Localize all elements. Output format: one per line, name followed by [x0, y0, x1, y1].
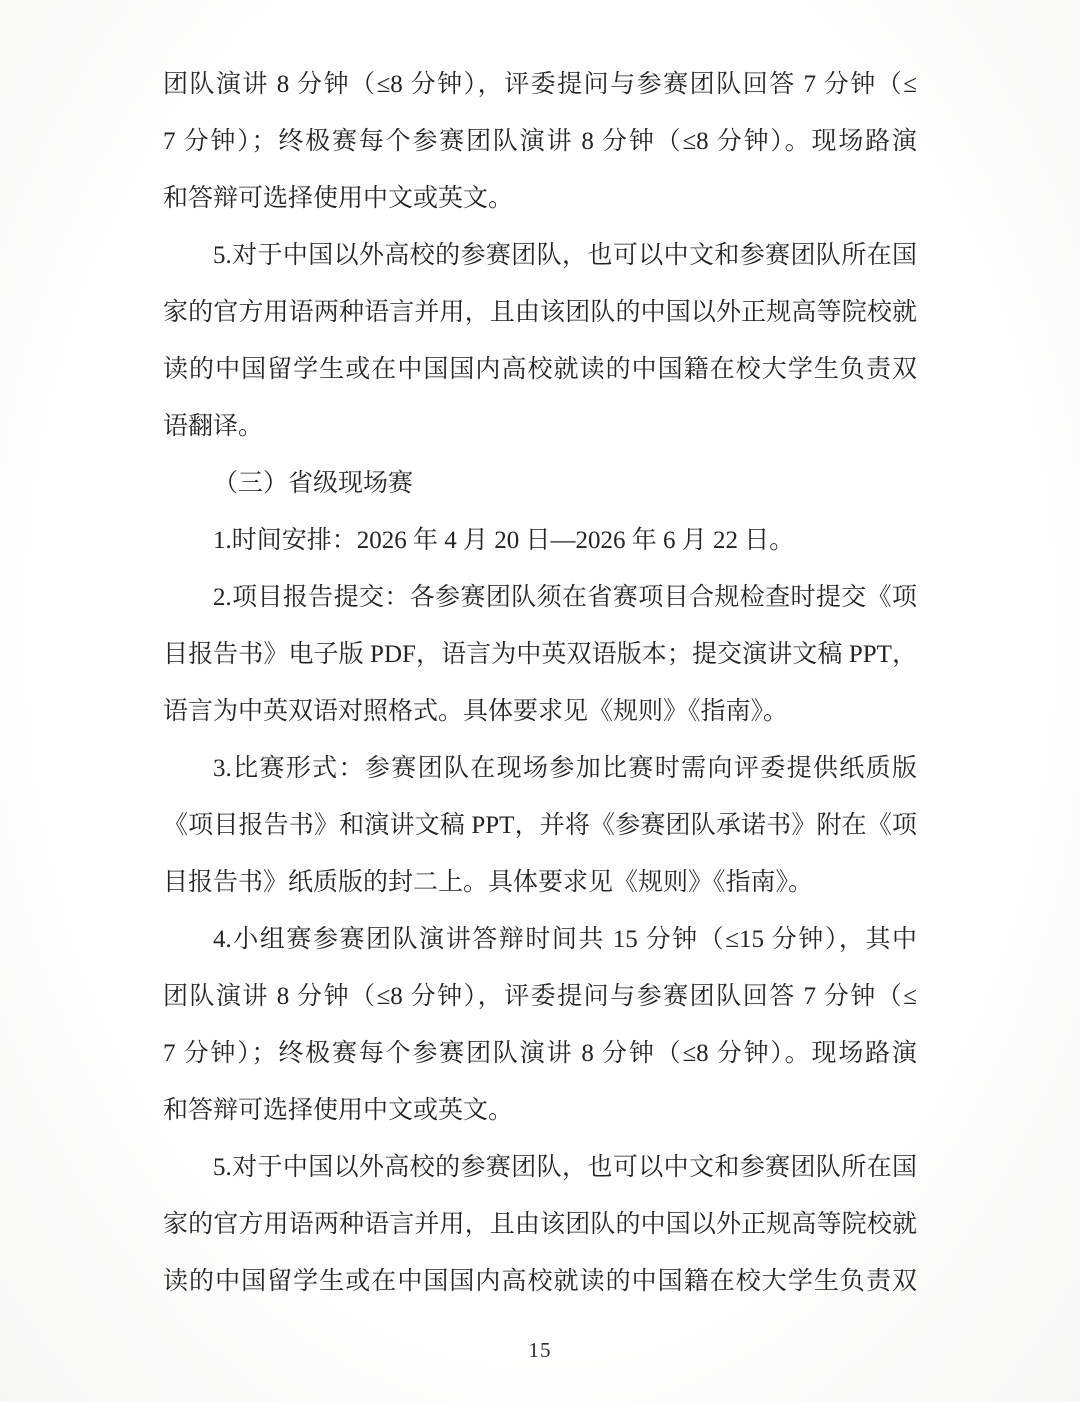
document-page: 团队演讲 8 分钟（≤8 分钟），评委提问与参赛团队回答 7 分钟（≤7 分钟）… — [0, 0, 1080, 1402]
text-line: 4.小组赛参赛团队演讲答辩时间共 15 分钟（≤15 分钟），其中 — [163, 911, 917, 968]
text-line: 和答辩可选择使用中文或英文。 — [163, 1082, 917, 1139]
text-line: 7 分钟）；终极赛每个参赛团队演讲 8 分钟（≤8 分钟）。现场路演 — [163, 1025, 917, 1082]
text-line: 和答辩可选择使用中文或英文。 — [163, 170, 917, 227]
text-line: 家的官方用语两种语言并用，且由该团队的中国以外正规高等院校就 — [163, 1196, 917, 1253]
text-line: 7 分钟）；终极赛每个参赛团队演讲 8 分钟（≤8 分钟）。现场路演 — [163, 113, 917, 170]
text-line: 团队演讲 8 分钟（≤8 分钟），评委提问与参赛团队回答 7 分钟（≤ — [163, 56, 917, 113]
text-line: 语言为中英双语对照格式。具体要求见《规则》《指南》。 — [163, 683, 917, 740]
text-line: 2.项目报告提交：各参赛团队须在省赛项目合规检查时提交《项 — [163, 569, 917, 626]
text-line: 《项目报告书》和演讲文稿 PPT，并将《参赛团队承诺书》附在《项 — [163, 797, 917, 854]
text-line: 3.比赛形式：参赛团队在现场参加比赛时需向评委提供纸质版 — [163, 740, 917, 797]
text-line: 1.时间安排：2026 年 4 月 20 日—2026 年 6 月 22 日。 — [163, 512, 917, 569]
text-line: 家的官方用语两种语言并用，且由该团队的中国以外正规高等院校就 — [163, 284, 917, 341]
page-number: 15 — [0, 1338, 1080, 1363]
text-line: 目报告书》纸质版的封二上。具体要求见《规则》《指南》。 — [163, 854, 917, 911]
text-line: 读的中国留学生或在中国国内高校就读的中国籍在校大学生负责双 — [163, 341, 917, 398]
text-line: 5.对于中国以外高校的参赛团队，也可以中文和参赛团队所在国 — [163, 227, 917, 284]
text-line: 目报告书》电子版 PDF，语言为中英双语版本；提交演讲文稿 PPT， — [163, 626, 917, 683]
document-body: 团队演讲 8 分钟（≤8 分钟），评委提问与参赛团队回答 7 分钟（≤7 分钟）… — [163, 56, 917, 1310]
text-line: （三）省级现场赛 — [163, 455, 917, 512]
text-line: 团队演讲 8 分钟（≤8 分钟），评委提问与参赛团队回答 7 分钟（≤ — [163, 968, 917, 1025]
text-line: 语翻译。 — [163, 398, 917, 455]
text-line: 读的中国留学生或在中国国内高校就读的中国籍在校大学生负责双 — [163, 1253, 917, 1310]
text-line: 5.对于中国以外高校的参赛团队，也可以中文和参赛团队所在国 — [163, 1139, 917, 1196]
